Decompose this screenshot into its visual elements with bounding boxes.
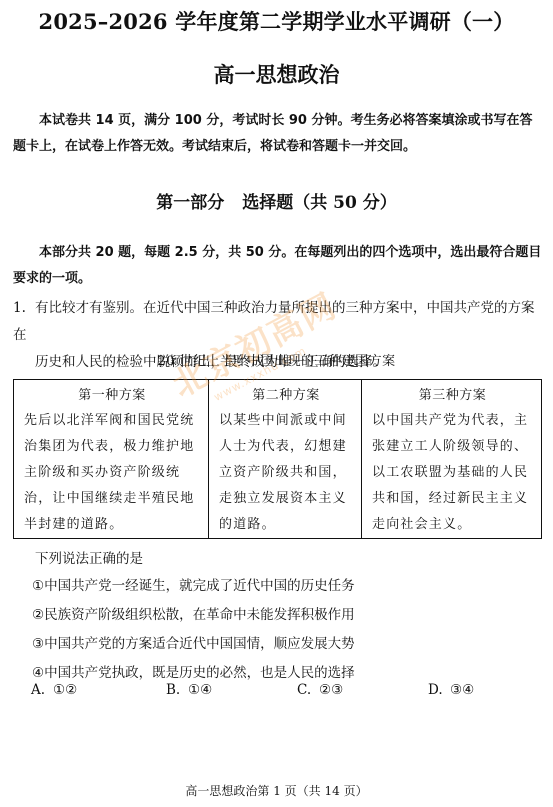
section-part: 第一部分 bbox=[156, 193, 224, 213]
question-prompt: 下列说法正确的是 bbox=[35, 545, 143, 574]
statement-2: ②民族资产阶级组织松散，在革命中未能发挥积极作用 bbox=[32, 601, 355, 630]
choice-label: D. bbox=[428, 682, 450, 698]
plans-table: 第一种方案 先后以北洋军阀和国民党统治集团为代表，极力维护地主阶级和买办资产阶级… bbox=[13, 379, 542, 539]
question-number: 1. bbox=[13, 295, 35, 322]
choice-c: C.②③ bbox=[297, 682, 343, 698]
plan-body: 以某些中间派或中间人士为代表，幻想建立资产阶级共和国，走独立发展资本主义的道路。 bbox=[219, 413, 347, 532]
plan-cell-2: 第二种方案 以某些中间派或中间人士为代表，幻想建立资产阶级共和国，走独立发展资本… bbox=[209, 380, 362, 539]
plan-header: 第二种方案 bbox=[219, 384, 353, 408]
choice-value: ②③ bbox=[319, 682, 343, 698]
choice-b: B.①④ bbox=[166, 682, 212, 698]
plan-body: 以中国共产党为代表，主张建立工人阶级领导的、以工农联盟为基础的人民共和国，经过新… bbox=[372, 413, 528, 532]
choice-d: D.③④ bbox=[428, 682, 474, 698]
section-name: 选择题（共 50 分） bbox=[242, 193, 397, 213]
exam-title: 2025–2026 学年度第二学期学业水平调研（一） bbox=[0, 6, 553, 36]
subject-title: 高一思想政治 bbox=[0, 59, 553, 89]
choice-value: ③④ bbox=[450, 682, 474, 698]
choice-value: ①② bbox=[53, 682, 77, 698]
statement-list: ①中国共产党一经诞生，就完成了近代中国的历史任务 ②民族资产阶级组织松散，在革命… bbox=[32, 572, 355, 688]
choice-label: B. bbox=[166, 682, 188, 698]
section-description: 本部分共 20 题，每题 2.5 分，共 50 分。在每题列出的四个选项中，选出… bbox=[13, 240, 543, 292]
page-footer: 高一思想政治第 1 页（共 14 页） bbox=[0, 782, 553, 799]
choice-label: C. bbox=[297, 682, 319, 698]
exam-instructions: 本试卷共 14 页，满分 100 分，考试时长 90 分钟。考生务必将答案填涂或… bbox=[13, 108, 543, 160]
table-caption: 20 世纪上半叶中国出现的三种建国方案 bbox=[0, 350, 553, 369]
stem-line-1: 有比较才有鉴别。在近代中国三种政治力量所提出的三种方案中，中国共产党的方案在 bbox=[13, 300, 535, 343]
statement-3: ③中国共产党的方案适合近代中国国情，顺应发展大势 bbox=[32, 630, 355, 659]
choice-label: A. bbox=[31, 682, 53, 698]
choice-value: ①④ bbox=[188, 682, 212, 698]
plan-cell-1: 第一种方案 先后以北洋军阀和国民党统治集团为代表，极力维护地主阶级和买办资产阶级… bbox=[14, 380, 209, 539]
section-heading: 第一部分选择题（共 50 分） bbox=[0, 188, 553, 213]
plan-header: 第一种方案 bbox=[24, 384, 200, 408]
plan-cell-3: 第三种方案 以中国共产党为代表，主张建立工人阶级领导的、以工农联盟为基础的人民共… bbox=[362, 380, 542, 539]
statement-1: ①中国共产党一经诞生，就完成了近代中国的历史任务 bbox=[32, 572, 355, 601]
plan-header: 第三种方案 bbox=[372, 384, 533, 408]
choice-a: A.①② bbox=[31, 682, 77, 698]
plan-body: 先后以北洋军阀和国民党统治集团为代表，极力维护地主阶级和买办资产阶级统治，让中国… bbox=[24, 413, 194, 532]
